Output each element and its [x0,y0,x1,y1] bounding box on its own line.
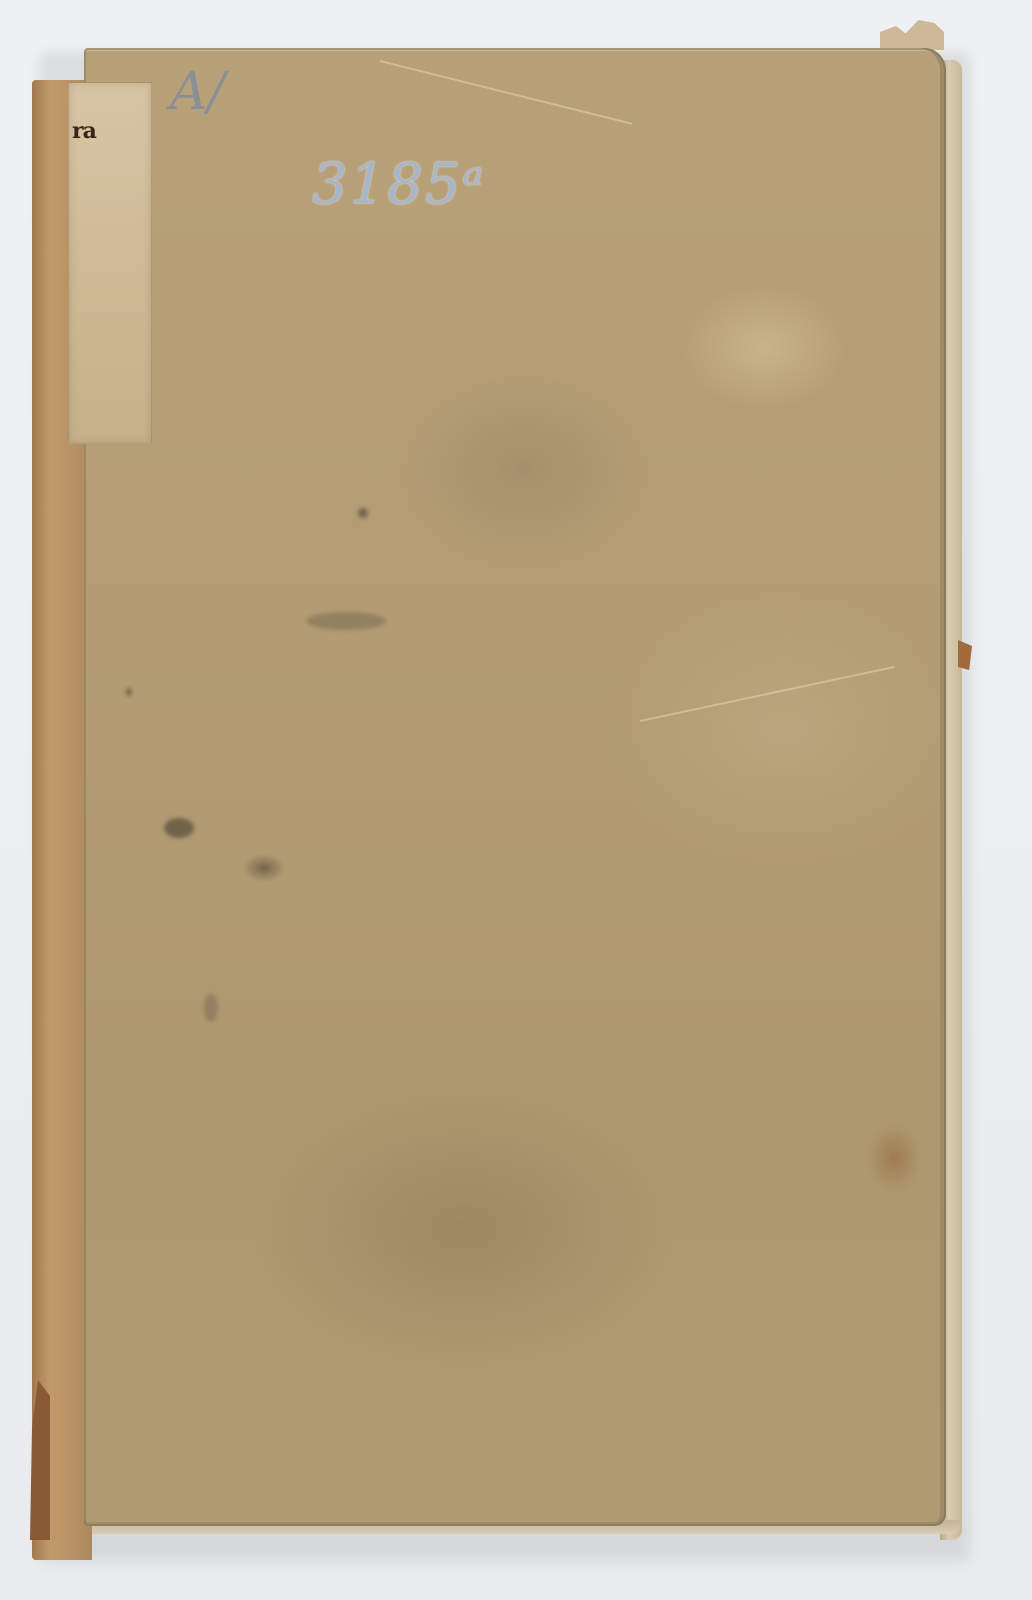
ink-smudge [306,612,386,630]
ink-spot [126,688,132,696]
spine-label-text: ra [72,118,96,144]
pencil-mark: A/ [170,62,225,122]
ink-smudge [164,818,194,838]
ink-spot [358,508,368,518]
book-front-cover [84,48,946,1526]
ink-smudge [204,994,218,1022]
shelfmark-number: 3185ᵃ [312,152,486,217]
